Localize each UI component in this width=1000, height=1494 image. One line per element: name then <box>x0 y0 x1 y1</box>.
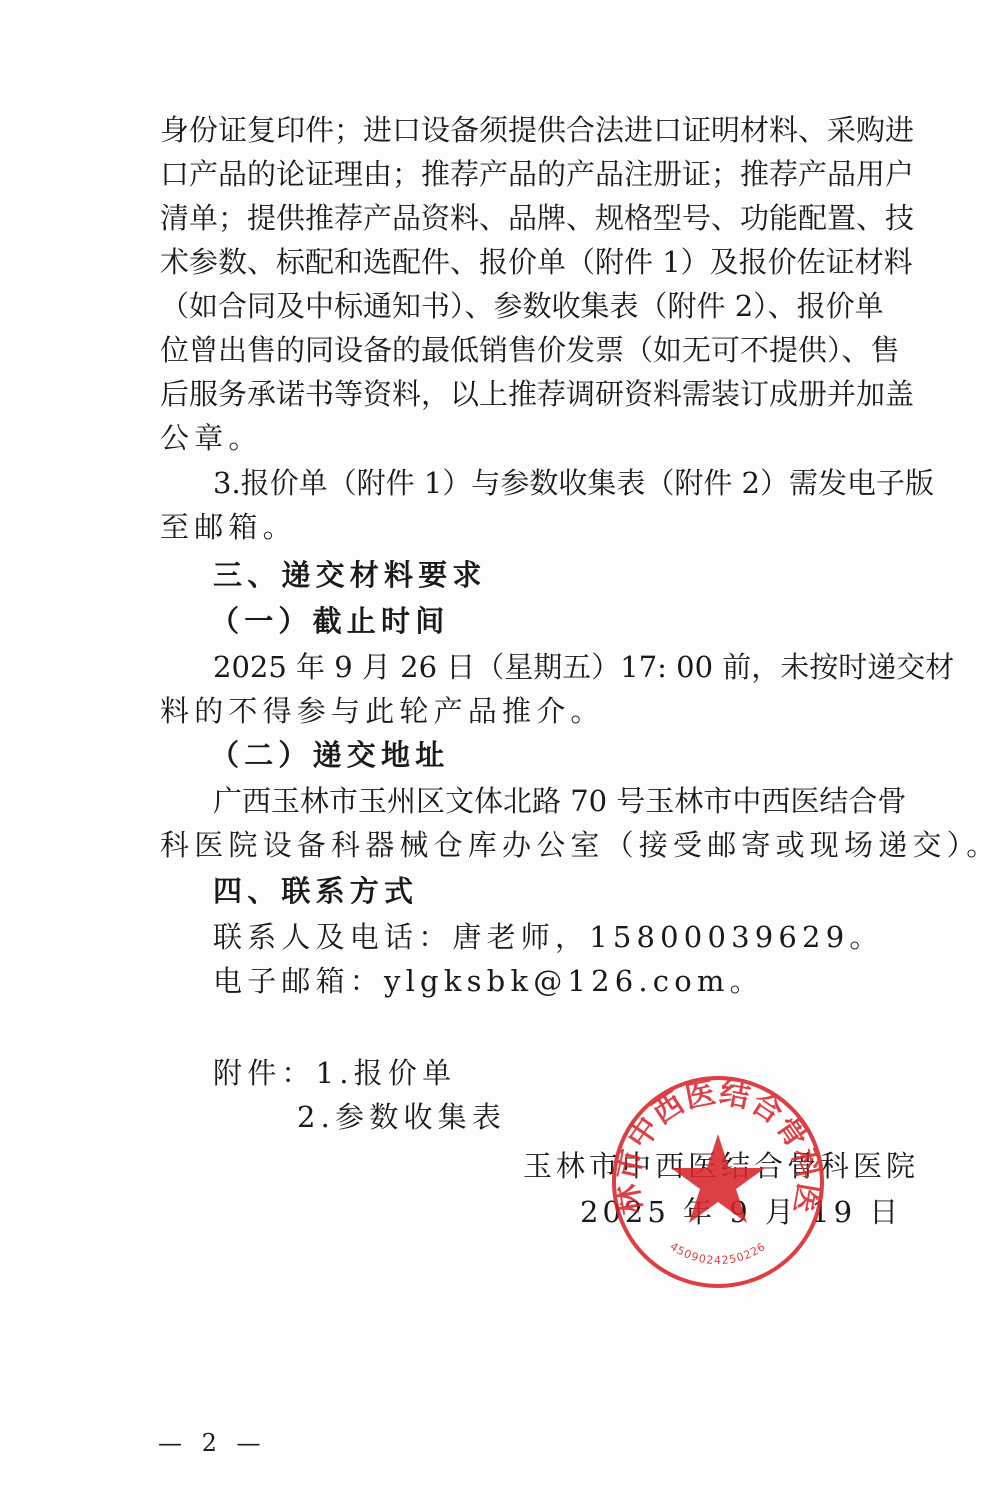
deadline-line: 料的不得参与此轮产品推介。 <box>160 689 860 733</box>
page-number: — 2 — <box>158 1428 267 1458</box>
contact-line: 联系人及电话：唐老师，15800039629。 <box>213 915 860 959</box>
signature-organization: 玉林市中西医结合骨科医院 <box>523 1144 919 1188</box>
paragraph-line: 清单；提供推荐产品资料、品牌、规格型号、功能配置、技 <box>160 196 860 240</box>
document-page: 身份证复印件；进口设备须提供合法进口证明材料、采购进 口产品的论证理由；推荐产品… <box>0 0 1000 1494</box>
paragraph-line: 位曾出售的同设备的最低销售价发票（如无可不提供）、售 <box>160 328 860 372</box>
paragraph-line: 口产品的论证理由；推荐产品的产品注册证；推荐产品用户 <box>160 152 860 196</box>
section-heading: 三、递交材料要求 <box>213 553 860 597</box>
subsection-heading: （二）递交地址 <box>210 733 910 777</box>
attachment-item: 2.参数收集表 <box>297 1095 506 1139</box>
item-3-line: 至邮箱。 <box>160 505 860 549</box>
email-line: 电子邮箱：ylgksbk@126.com。 <box>213 959 860 1003</box>
svg-text:4509024250226: 4509024250226 <box>668 1240 769 1267</box>
address-line: 科医院设备科器械仓库办公室（接受邮寄或现场递交）。 <box>160 823 860 867</box>
paragraph-line: 公章。 <box>160 416 860 460</box>
paragraph-line: （如合同及中标通知书）、参数收集表（附件 2）、报价单 <box>160 284 860 328</box>
attachment-item: 1.报价单 <box>316 1056 457 1090</box>
subsection-heading: （一）截止时间 <box>210 599 910 643</box>
signature-date: 2025 年 9 月 19 日 <box>580 1190 902 1234</box>
address-line: 广西玉林市玉州区文体北路 70 号玉林市中西医结合骨 <box>213 779 860 823</box>
paragraph-line: 术参数、标配和选配件、报价单（附件 1）及报价佐证材料 <box>160 240 860 284</box>
paragraph-line: 身份证复印件；进口设备须提供合法进口证明材料、采购进 <box>160 108 860 152</box>
deadline-line: 2025 年 9 月 26 日（星期五）17: 00 前，未按时递交材 <box>213 645 860 689</box>
paragraph-line: 后服务承诺书等资料，以上推荐调研资料需装订成册并加盖 <box>160 372 860 416</box>
section-heading: 四、联系方式 <box>213 869 860 913</box>
item-3-line: 3.报价单（附件 1）与参数收集表（附件 2）需发电子版 <box>213 461 860 505</box>
attachments-label: 附件： <box>213 1056 316 1090</box>
attachments-list: 附件：1.报价单 <box>213 1051 456 1095</box>
